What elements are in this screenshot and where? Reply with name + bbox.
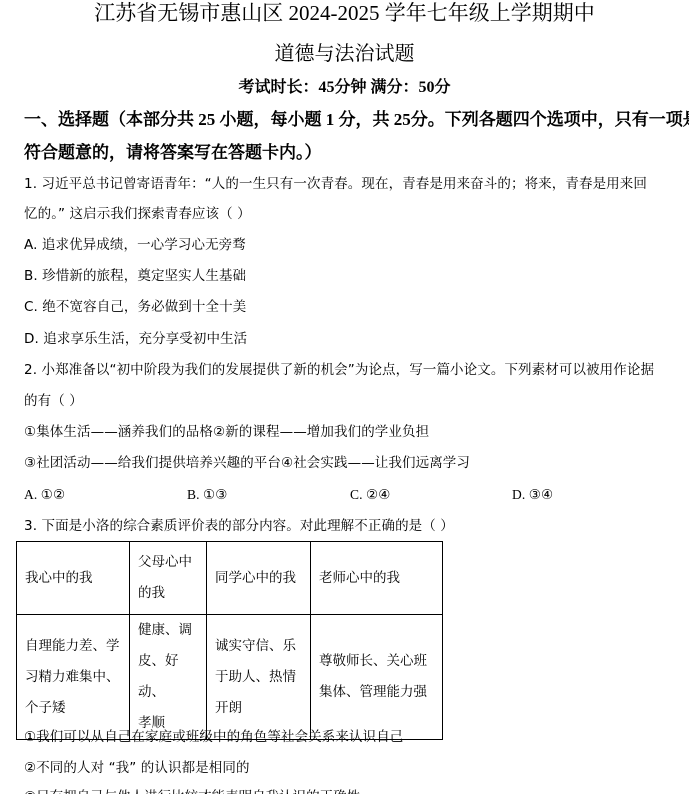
cell-line: 于助人、热情 (215, 662, 302, 693)
evaluation-table: 我心中的我 父母心中 的我 同学心中的我 老师心中的我 自理能力差、学 习精力难… (16, 541, 443, 740)
question-2-option-c: C. ②④ (350, 486, 390, 504)
question-2-stem-line1: 2. 小郑准备以“初中阶段为我们的发展提供了新的机会”为论点，写一篇小论文。下列… (24, 361, 654, 379)
table-header-cell: 老师心中的我 (311, 542, 443, 615)
section-heading-line2: 符合题意的，请将答案写在答题卡内。） (24, 143, 322, 163)
question-3-statement-3-clipped: ③只有把自己与他人进行比较才能表明自我认识的正确性 (24, 788, 360, 794)
cell-line: 同学心中的我 (215, 563, 302, 594)
question-3-statement-1: ①我们可以从自己在家庭或班级中的角色等社会关系来认识自己 (24, 728, 403, 746)
table-header-cell: 我心中的我 (17, 542, 130, 615)
question-3-stem: 3. 下面是小洛的综合素质评价表的部分内容。对此理解不正确的是（ ） (24, 517, 454, 535)
question-2-option-a: A. ①② (24, 486, 65, 504)
table-header-cell: 同学心中的我 (207, 542, 311, 615)
cell-line: 诚实守信、乐 (215, 631, 302, 662)
table-row: 自理能力差、学 习精力难集中、 个子矮 健康、调 皮、好动、 孝顺 诚实守信、乐… (17, 615, 443, 740)
question-3-statement-2: ②不同的人对 “我” 的认识都是相同的 (24, 759, 250, 777)
table-cell: 诚实守信、乐 于助人、热情 开朗 (207, 615, 311, 740)
table-cell: 尊敬师长、关心班 集体、管理能力强 (311, 615, 443, 740)
question-1-stem-line2: 忆的。” 这启示我们探索青春应该（ ） (24, 205, 251, 223)
exam-info: 考试时长：45分钟 满分：50分 (0, 77, 689, 99)
table-header-cell: 父母心中 的我 (130, 542, 207, 615)
cell-line: 老师心中的我 (319, 563, 434, 594)
exam-title-line2: 道德与法治试题 (0, 41, 689, 67)
cell-line: 的我 (138, 578, 198, 609)
question-2-material-line1: ①集体生活——涵养我们的品格②新的课程——增加我们的学业负担 (24, 423, 429, 441)
section-heading-line1: 一、选择题（本部分共 25 小题，每小题 1 分，共 25分。下列各题四个选项中… (24, 110, 689, 130)
cell-line: 皮、好动、 (138, 646, 198, 708)
cell-line: 开朗 (215, 693, 302, 724)
table-cell: 自理能力差、学 习精力难集中、 个子矮 (17, 615, 130, 740)
cell-line: 个子矮 (25, 693, 121, 724)
question-1-option-c: C. 绝不宽容自己，务必做到十全十美 (24, 298, 246, 316)
cell-line: 尊敬师长、关心班 (319, 646, 434, 677)
table-cell: 健康、调 皮、好动、 孝顺 (130, 615, 207, 740)
question-2-material-line2: ③社团活动——给我们提供培养兴趣的平台④社会实践——让我们远离学习 (24, 454, 470, 472)
question-2-option-d: D. ③④ (512, 486, 553, 504)
cell-line: 我心中的我 (25, 563, 121, 594)
question-1-option-d: D. 追求享乐生活，充分享受初中生活 (24, 330, 247, 348)
question-1-option-a: A. 追求优异成绩，一心学习心无旁骛 (24, 236, 246, 254)
exam-title-line1: 江苏省无锡市惠山区 2024-2025 学年七年级上学期期中 (0, 0, 689, 26)
cell-line: 父母心中 (138, 547, 198, 578)
question-2-option-b: B. ①③ (187, 486, 227, 504)
table-header-row: 我心中的我 父母心中 的我 同学心中的我 老师心中的我 (17, 542, 443, 615)
cell-line: 集体、管理能力强 (319, 677, 434, 708)
question-2-stem-line2: 的有（ ） (24, 392, 83, 410)
question-1-option-b: B. 珍惜新的旅程，奠定坚实人生基础 (24, 267, 246, 285)
cell-line: 健康、调 (138, 615, 198, 646)
question-1-stem-line1: 1. 习近平总书记曾寄语青年：“人的一生只有一次青春。现在，青春是用来奋斗的；将… (24, 175, 647, 193)
cell-line: 习精力难集中、 (25, 662, 121, 693)
cell-line: 自理能力差、学 (25, 631, 121, 662)
